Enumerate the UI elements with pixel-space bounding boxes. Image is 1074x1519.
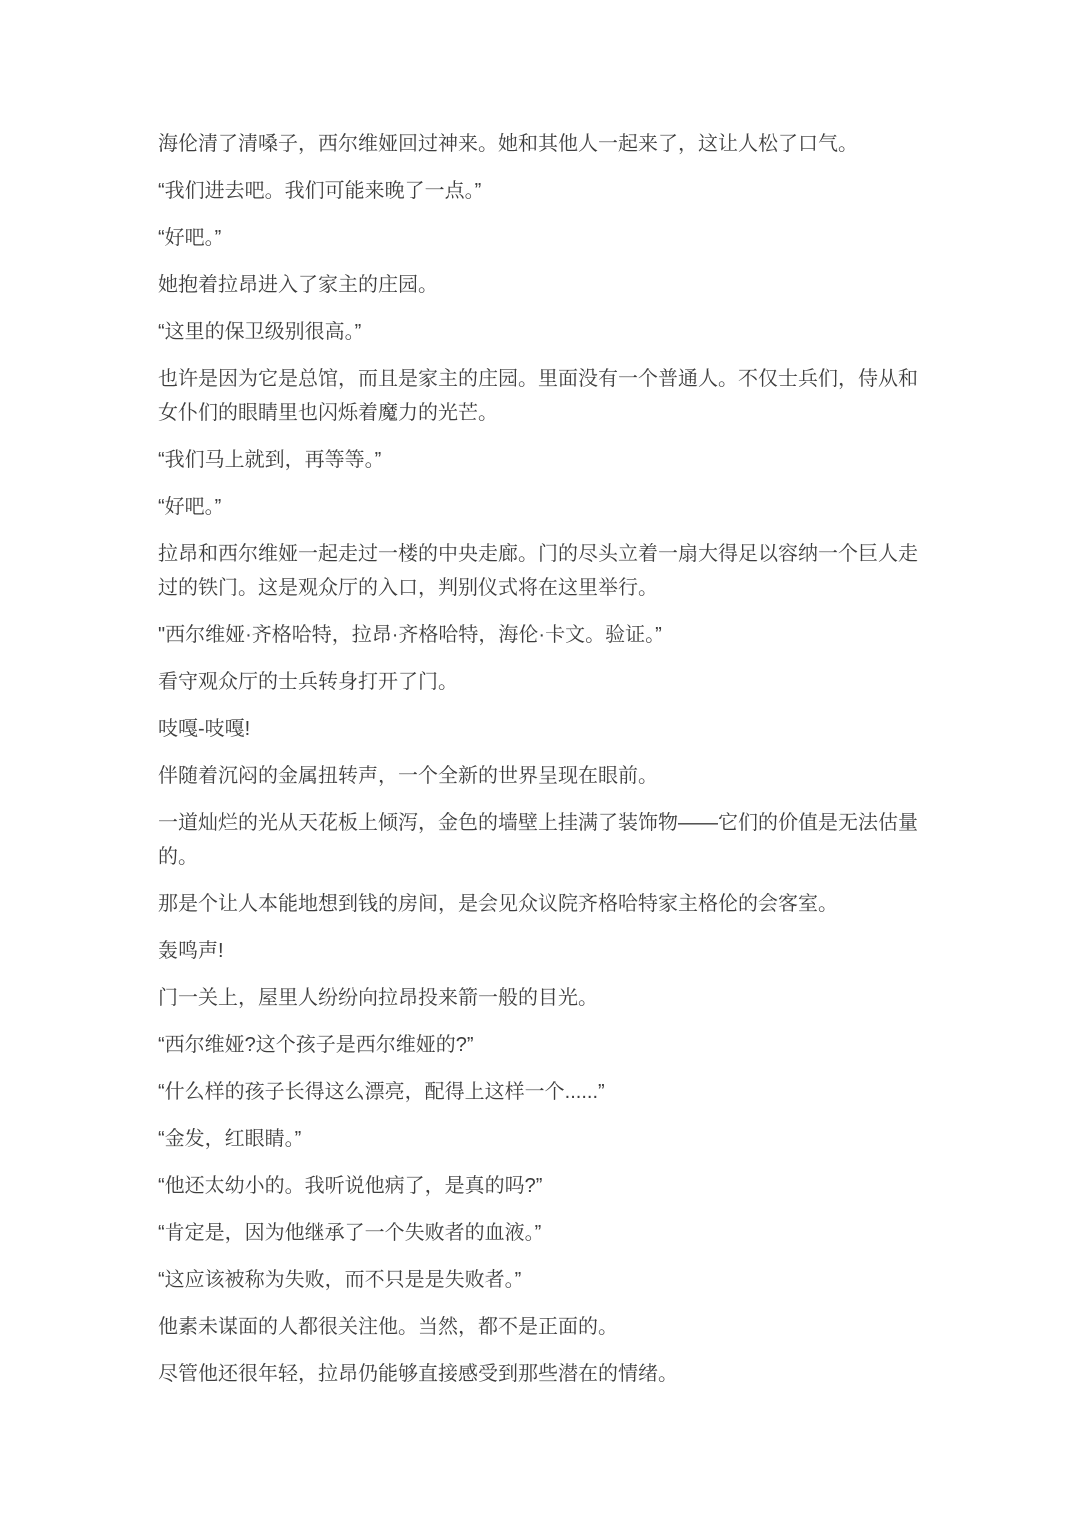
novel-paragraph: “我们马上就到，再等等。” (158, 443, 928, 477)
novel-paragraph: “他还太幼小的。我听说他病了，是真的吗?” (158, 1169, 928, 1203)
novel-paragraph: “我们进去吧。我们可能来晚了一点。” (158, 174, 928, 208)
novel-paragraph: “这里的保卫级别很高。” (158, 315, 928, 349)
novel-paragraph: “西尔维娅?这个孩子是西尔维娅的?” (158, 1028, 928, 1062)
novel-paragraph: “这应该被称为失败，而不只是是失败者。” (158, 1263, 928, 1297)
novel-paragraph: 伴随着沉闷的金属扭转声，一个全新的世界呈现在眼前。 (158, 759, 928, 793)
novel-paragraph: 吱嘎-吱嘎! (158, 712, 928, 746)
novel-paragraph: “什么样的孩子长得这么漂亮，配得上这样一个......” (158, 1075, 928, 1109)
novel-paragraph: 也许是因为它是总馆，而且是家主的庄园。里面没有一个普通人。不仅士兵们，侍从和女仆… (158, 362, 928, 430)
novel-paragraph: “好吧。” (158, 490, 928, 524)
novel-paragraph: 尽管他还很年轻，拉昂仍能够直接感受到那些潜在的情绪。 (158, 1357, 928, 1391)
novel-paragraph: “肯定是，因为他继承了一个失败者的血液。” (158, 1216, 928, 1250)
novel-paragraph: 他素未谋面的人都很关注他。当然，都不是正面的。 (158, 1310, 928, 1344)
novel-paragraph: 门一关上，屋里人纷纷向拉昂投来箭一般的目光。 (158, 981, 928, 1015)
novel-paragraph: 那是个让人本能地想到钱的房间，是会见众议院齐格哈特家主格伦的会客室。 (158, 887, 928, 921)
novel-paragraph: 她抱着拉昂进入了家主的庄园。 (158, 268, 928, 302)
novel-page: 海伦清了清嗓子，西尔维娅回过神来。她和其他人一起来了，这让人松了口气。“我们进去… (0, 0, 1074, 1519)
novel-paragraph: “金发，红眼睛。” (158, 1122, 928, 1156)
novel-text-body: 海伦清了清嗓子，西尔维娅回过神来。她和其他人一起来了，这让人松了口气。“我们进去… (158, 127, 928, 1391)
novel-paragraph: 一道灿烂的光从天花板上倾泻，金色的墙壁上挂满了装饰物——它们的价值是无法估量的。 (158, 806, 928, 874)
novel-paragraph: 海伦清了清嗓子，西尔维娅回过神来。她和其他人一起来了，这让人松了口气。 (158, 127, 928, 161)
novel-paragraph: 拉昂和西尔维娅一起走过一楼的中央走廊。门的尽头立着一扇大得足以容纳一个巨人走过的… (158, 537, 928, 605)
novel-paragraph: “好吧。” (158, 221, 928, 255)
novel-paragraph: 看守观众厅的士兵转身打开了门。 (158, 665, 928, 699)
novel-paragraph: 轰鸣声! (158, 934, 928, 968)
novel-paragraph: "西尔维娅·齐格哈特，拉昂·齐格哈特，海伦·卡文。验证。” (158, 618, 928, 652)
